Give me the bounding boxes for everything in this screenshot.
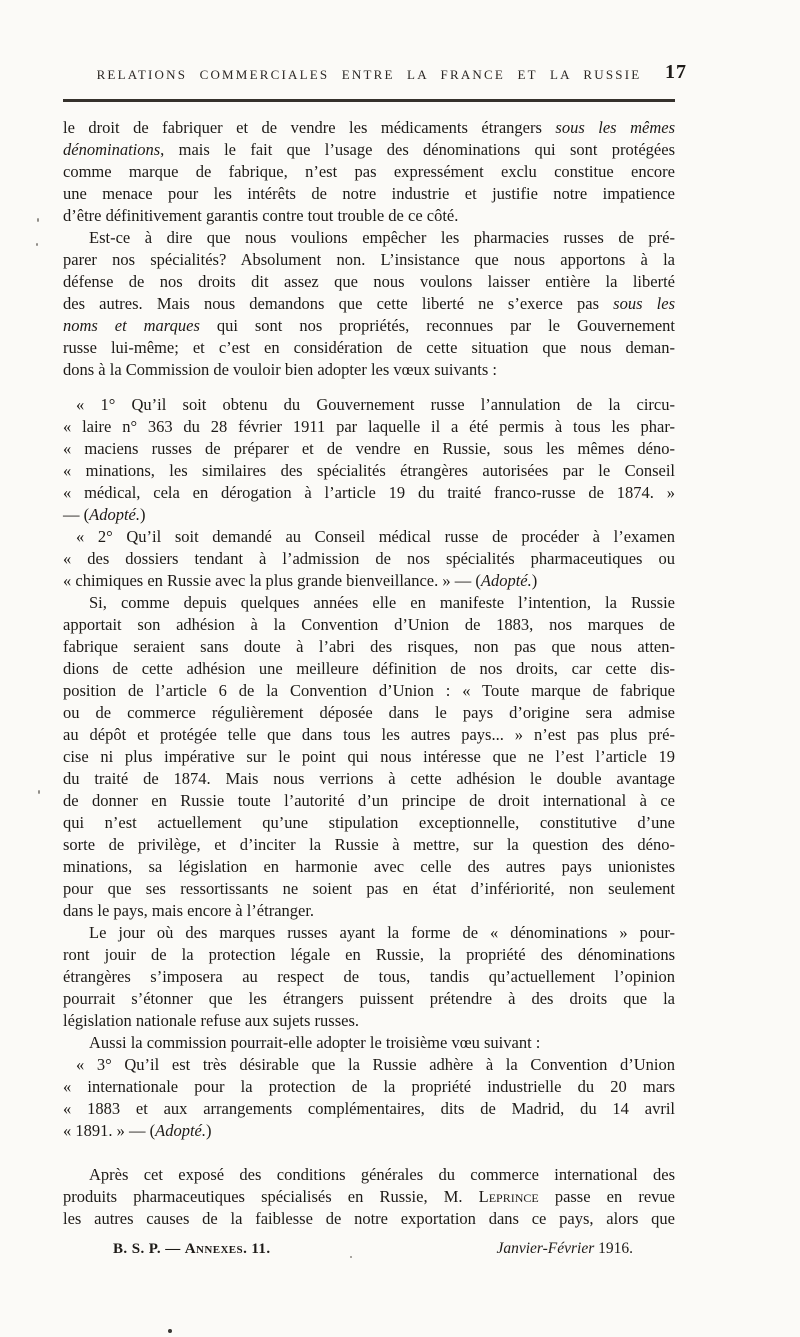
text-line: « 1° Qu’il soit obtenu du Gouvernement r… (63, 394, 675, 416)
text-line: dénominations, mais le fait que l’usage … (63, 139, 675, 161)
text-line: « médical, cela en dérogation à l’articl… (63, 482, 675, 504)
running-header: RELATIONS COMMERCIALES ENTRE LA FRANCE E… (63, 64, 675, 88)
text-line: Est-ce à dire que nous voulions empêcher… (63, 227, 675, 249)
text-line: dans le pays, mais encore à l’étranger. (63, 900, 675, 922)
running-header-title: RELATIONS COMMERCIALES ENTRE LA FRANCE E… (63, 64, 675, 83)
text-line: pour que ses ressortissants ne soient pa… (63, 878, 675, 900)
footer-date: Janvier-Février 1916. (496, 1239, 633, 1259)
voeu-2: « 2° Qu’il soit demandé au Conseil médic… (63, 526, 675, 592)
text-line: d’être définitivement garantis contre to… (63, 205, 675, 227)
text-line: Si, comme depuis quelques années elle en… (63, 592, 675, 614)
text-line: ront jouir de la protection légale en Ru… (63, 944, 675, 966)
page-number: 17 (665, 61, 687, 84)
scan-speck (38, 790, 40, 794)
paragraph-aussi: Aussi la commission pourrait-elle adopte… (63, 1032, 675, 1054)
text-line: « 1891. » — (Adopté.) (63, 1120, 675, 1142)
paragraph-continuation: le droit de fabriquer et de vendre les m… (63, 117, 675, 227)
text-line: — (Adopté.) (63, 504, 675, 526)
scan-speck (350, 1256, 352, 1258)
text-line: « laire n° 363 du 28 février 1911 par la… (63, 416, 675, 438)
text-line: cise ni plus impérative sur le point qui… (63, 746, 675, 768)
text-line: étrangères s’imposera au respect de tous… (63, 966, 675, 988)
paragraph-apres-expose: Après cet exposé des conditions générale… (63, 1164, 675, 1230)
footer-signature: B. S. P. — Annexes. 11. (113, 1239, 271, 1259)
text-line: Le jour où des marques russes ayant la f… (63, 922, 675, 944)
header-rule (63, 99, 675, 102)
text-line: « chimiques en Russie avec la plus grand… (63, 570, 675, 592)
text-line: le droit de fabriquer et de vendre les m… (63, 117, 675, 139)
text-line: de donner en Russie toute l’autorité d’u… (63, 790, 675, 812)
text-line: qui n’est actuellement qu’une stipulatio… (63, 812, 675, 834)
text-line: au dépôt et protégée telle que dans tous… (63, 724, 675, 746)
text-line: « des dossiers tendant à l’admission de … (63, 548, 675, 570)
text-line: noms et marques qui sont nos propriétés,… (63, 315, 675, 337)
text-line: du traité de 1874. Mais nous verrions à … (63, 768, 675, 790)
text-line: russe lui-même; et c’est en considératio… (63, 337, 675, 359)
text-line: « internationale pour la protection de l… (63, 1076, 675, 1098)
text-line: des autres. Mais nous demandons que cett… (63, 293, 675, 315)
text-line: ou de commerce régulièrement déposée dan… (63, 702, 675, 724)
text-line: une menace pour les intérêts de notre in… (63, 183, 675, 205)
text-line: dons à la Commission de vouloir bien ado… (63, 359, 675, 381)
text-line: parer nos spécialités? Absolument non. L… (63, 249, 675, 271)
scan-speck (36, 243, 38, 246)
voeu-1: « 1° Qu’il soit obtenu du Gouvernement r… (63, 394, 675, 526)
text-line: « 1883 et aux arrangements complémentair… (63, 1098, 675, 1120)
text-line: défense de nos droits dit assez que nous… (63, 271, 675, 293)
text-line: fabrique seraient sans doute à l’abri de… (63, 636, 675, 658)
text-line: pourrait s’étonner que les étrangers pui… (63, 988, 675, 1010)
text-line: « 2° Qu’il soit demandé au Conseil médic… (63, 526, 675, 548)
text-line: minations, sa législation en harmonie av… (63, 856, 675, 878)
text-line: « minations, les similaires des spéciali… (63, 460, 675, 482)
text-line: Aussi la commission pourrait-elle adopte… (63, 1032, 675, 1054)
page-footer: B. S. P. — Annexes. 11. Janvier-Février … (63, 1239, 675, 1259)
body-text: le droit de fabriquer et de vendre les m… (63, 117, 675, 1230)
text-line: comme marque de fabrique, n’est pas expr… (63, 161, 675, 183)
text-line: « 3° Qu’il est très désirable que la Rus… (63, 1054, 675, 1076)
scan-speck (168, 1329, 172, 1333)
text-line: apportait son adhésion à la Convention d… (63, 614, 675, 636)
paragraph-le-jour: Le jour où des marques russes ayant la f… (63, 922, 675, 1032)
text-line: dions de cette adhésion une meilleure dé… (63, 658, 675, 680)
scan-speck (37, 218, 39, 222)
text-line: « maciens russes de préparer et de vendr… (63, 438, 675, 460)
text-line: produits pharmaceutiques spécialisés en … (63, 1186, 675, 1208)
paragraph-est-ce-a-dire: Est-ce à dire que nous voulions empêcher… (63, 227, 675, 381)
text-line: les autres causes de la faiblesse de not… (63, 1208, 675, 1230)
paragraph-si-comme: Si, comme depuis quelques années elle en… (63, 592, 675, 922)
text-line: position de l’article 6 de la Convention… (63, 680, 675, 702)
document-page: RELATIONS COMMERCIALES ENTRE LA FRANCE E… (0, 0, 800, 1337)
text-line: Après cet exposé des conditions générale… (63, 1164, 675, 1186)
text-line: sorte de privilège, et d’inciter la Russ… (63, 834, 675, 856)
voeu-3: « 3° Qu’il est très désirable que la Rus… (63, 1054, 675, 1142)
text-column: RELATIONS COMMERCIALES ENTRE LA FRANCE E… (63, 64, 675, 1259)
text-line: législation nationale refuse aux sujets … (63, 1010, 675, 1032)
